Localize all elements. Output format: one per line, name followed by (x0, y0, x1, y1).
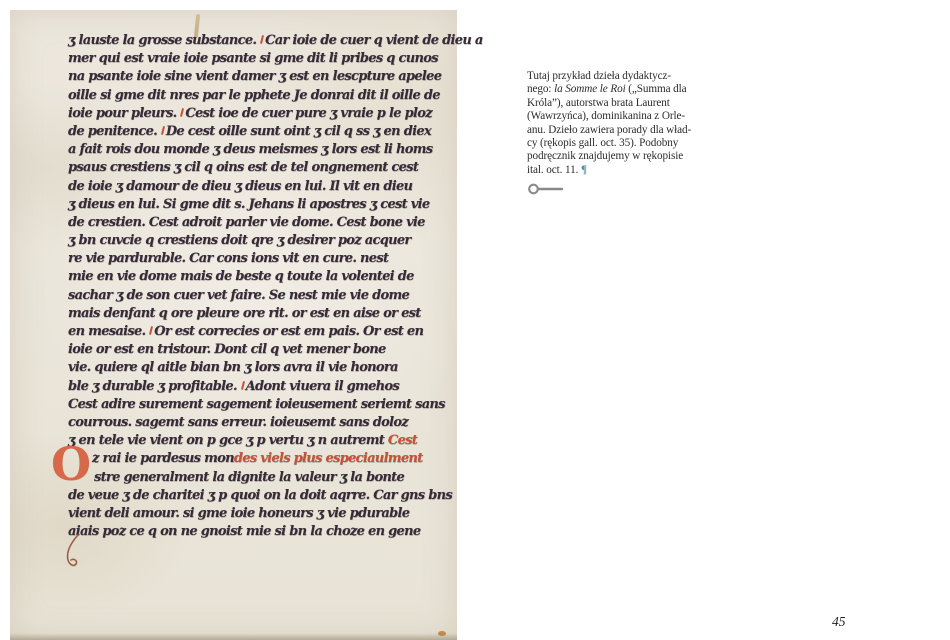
rubric-tick-icon (241, 380, 245, 389)
paragraph-mark-icon: ¶ (581, 164, 587, 176)
caption-line: nego: la Somme le Roi („Summa dla (527, 83, 699, 96)
rubric-tick-icon (161, 126, 165, 135)
caption-line: cy (rękopis gall. oct. 35). Podobny (527, 137, 699, 150)
manuscript-line: vient deli amour. si gme ioie honeurs ʒ … (68, 505, 454, 523)
manuscript-line: Cest adire surement sagement ioieusement… (68, 396, 454, 414)
rubric-tick-icon (149, 326, 153, 335)
rubric-tick-icon (260, 35, 264, 44)
manuscript-line: de crestien. Cest adroit parler vie dome… (68, 214, 454, 232)
rubric-tick-icon (180, 108, 184, 117)
manuscript-line: ʒ dieus en lui. Si gme dit s. Jehans li … (68, 196, 454, 214)
descender-flourish-icon (60, 534, 90, 578)
manuscript-line: vie. quiere ql aitle bian bn ʒ lors avra… (68, 359, 454, 377)
caption-line: anu. Dzieło zawiera porady dla wład- (527, 124, 699, 137)
manuscript-photo: ʒ lauste la grosse substance. Car ioie d… (10, 10, 457, 640)
manuscript-line: stre generalment la dignite la valeur ʒ … (68, 469, 454, 487)
manuscript-line: de veue ʒ de charitei ʒ p quoi on la doi… (68, 487, 454, 505)
page-number: 45 (832, 614, 846, 630)
caption-line: Króla”), autorstwa brata Laurent (527, 97, 699, 110)
page-edge-shadow (10, 633, 457, 640)
manuscript-line: ble ʒ durable ʒ profitable. Adont viuera… (68, 378, 454, 396)
caption-text: Tutaj przykład dzieła dydaktycz-nego: la… (527, 70, 699, 177)
manuscript-line: re vie pardurable. Car cons ions vit en … (68, 250, 454, 268)
manuscript-line: mer qui est vraie ioie psante si gme dit… (68, 50, 454, 68)
manuscript-line: de ioie ʒ damour de dieu ʒ dieus en lui.… (68, 178, 454, 196)
manuscript-line: a fait rois dou monde ʒ deus meismes ʒ l… (68, 141, 454, 159)
manuscript-line: oille si gme dit nres par le pphete Je d… (68, 87, 454, 105)
manuscript-line: na psante ioie sine vient damer ʒ est en… (68, 68, 454, 86)
caption-line: (Wawrzyńca), dominikanina z Orle- (527, 110, 699, 123)
manuscript-line: aiais poz ce q on ne gnoist mie si bn la… (68, 523, 454, 541)
manuscript-line: ioie or est en tristour. Dont cil q vet … (68, 341, 454, 359)
manuscript-line: courrous. sagemt sans erreur. ioieusemt … (68, 414, 454, 432)
manuscript-line: z rai ie pardesus mondes viels plus espe… (68, 450, 454, 468)
manuscript-line: ʒ en tele vie vient on p gce ʒ p vertu ʒ… (68, 432, 454, 450)
manuscript-line: en mesaise. Or est correcies or est em p… (68, 323, 454, 341)
manuscript-text: ʒ lauste la grosse substance. Car ioie d… (68, 32, 454, 541)
manuscript-line: ʒ lauste la grosse substance. Car ioie d… (68, 32, 454, 50)
manuscript-line: ioie pour pleurs. Cest ioe de cuer pure … (68, 105, 454, 123)
manuscript-line: psaus crestiens ʒ cil q oins est de tel … (68, 159, 454, 177)
manuscript-line: ʒ bn cuvcie q crestiens doit qre ʒ desir… (68, 232, 454, 250)
manuscript-line: sachar ʒ de son cuer vet faire. Se nest … (68, 287, 454, 305)
caption-line: ital. oct. 11. ¶ (527, 164, 699, 177)
manuscript-line: mie en vie dome mais de beste q toute la… (68, 268, 454, 286)
manuscript-line: mais denfant q ore pleure ore rit. or es… (68, 305, 454, 323)
reference-line-icon (527, 182, 565, 196)
manuscript-line: de penitence. De cest oille sunt oint ʒ … (68, 123, 454, 141)
illuminated-initial: O (51, 443, 87, 485)
caption-line: Tutaj przykład dzieła dydaktycz- (527, 70, 699, 83)
caption-line: podręcznik znajdujemy w rękopisie (527, 150, 699, 163)
